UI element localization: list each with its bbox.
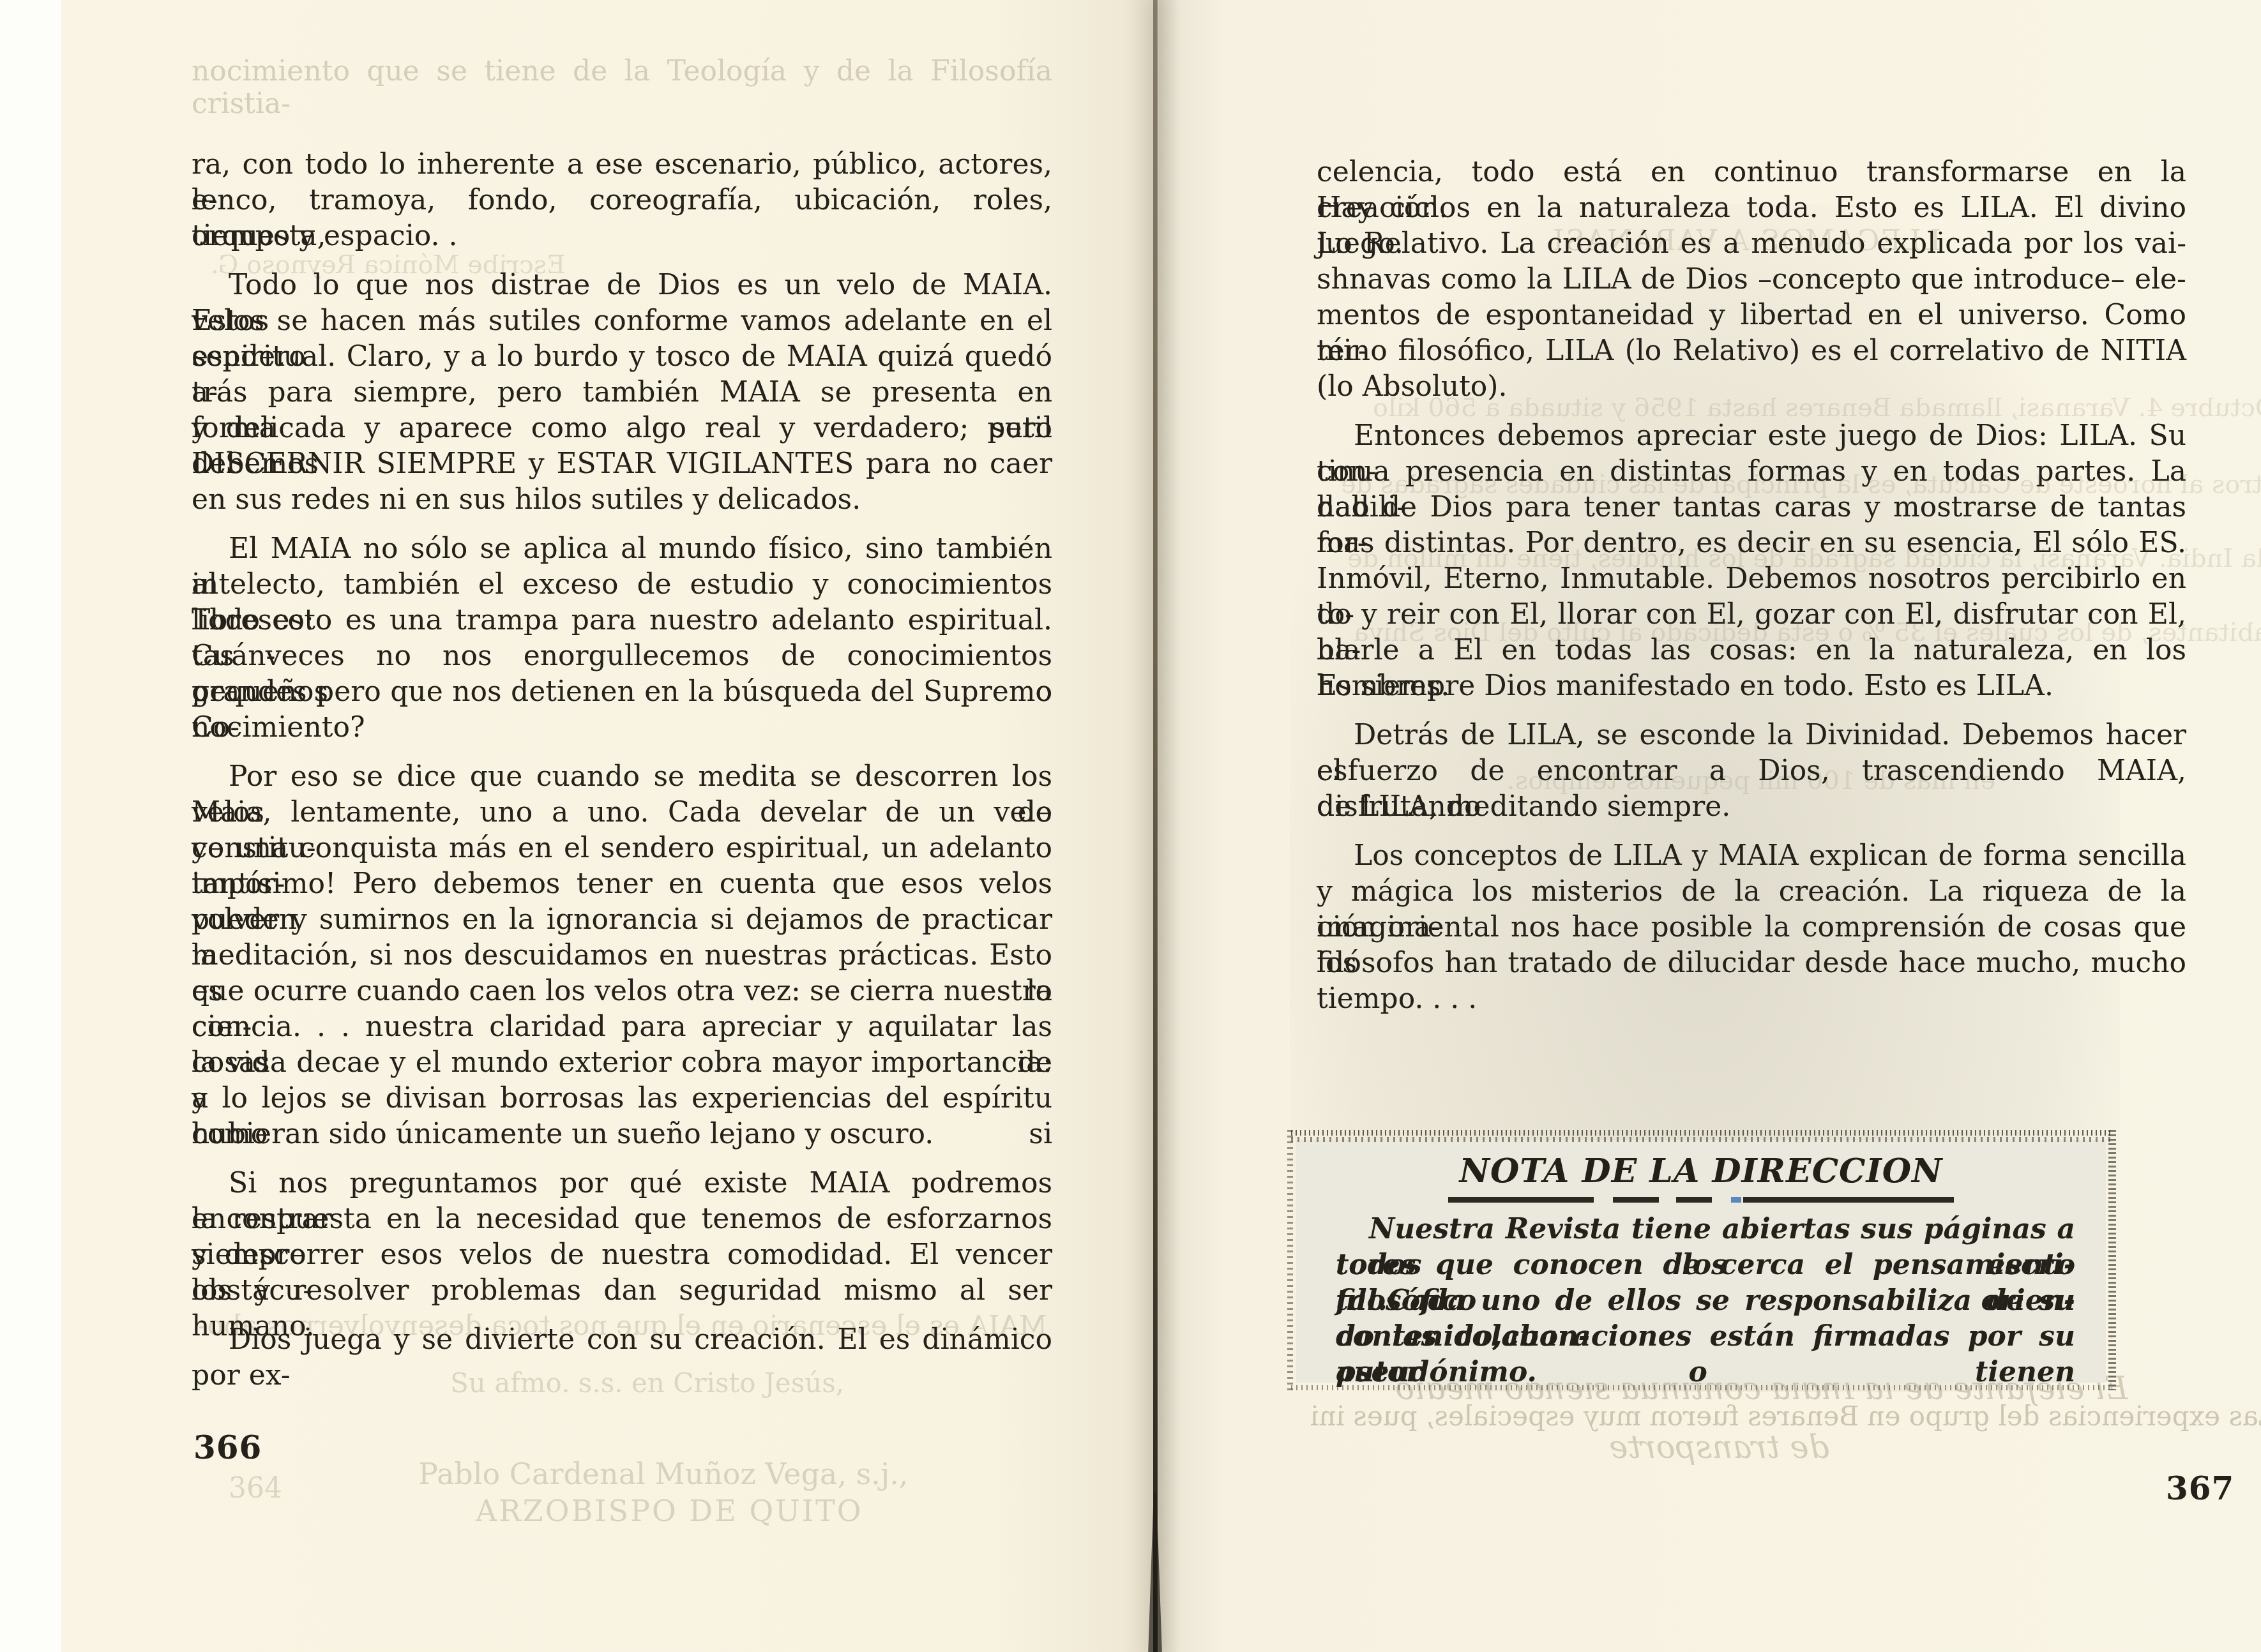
page-number-left: 366: [193, 1429, 262, 1466]
text-line: y delicada y aparece como algo real y ve…: [192, 410, 1052, 446]
text-line: Dios juega y se divierte con su creación…: [192, 1322, 1052, 1358]
text-line: de LILA, meditando siempre.: [1317, 789, 2186, 825]
ghost-text: nocimiento que se tiene de la Teología y…: [192, 55, 1052, 120]
paragraph: Si nos preguntamos por qué existe MAIA p…: [192, 1166, 1052, 1309]
text-line: lenco, tramoya, fondo, coreografía, ubic…: [192, 183, 1052, 218]
text-line: Todo lo que nos distrae de Dios es un ve…: [192, 267, 1052, 303]
text-line: tiempo y espacio. .: [192, 218, 1052, 254]
page-number-right: 367: [2166, 1469, 2234, 1507]
note-text-line: Nuestra Revista tiene abiertas sus págin…: [1336, 1212, 2075, 1247]
text-line: Entonces debemos apreciar este juego de …: [1317, 418, 2186, 454]
text-line: blarle a El en todas las cosas: en la na…: [1317, 633, 2186, 668]
text-line: y descorrer esos velos de nuestra comodi…: [192, 1237, 1052, 1273]
text-line: Inmóvil, Eterno, Inmutable. Debemos noso…: [1317, 561, 2186, 597]
text-line: tas veces no nos enorgullecemos de conoc…: [192, 638, 1052, 674]
note-text-line: tores que conocen de cerca el pensamient…: [1336, 1247, 2075, 1283]
box-border-bottom-icon: [1291, 1385, 2112, 1390]
editorial-note-body: Nuestra Revista tiene abiertas sus págin…: [1336, 1212, 2075, 1390]
text-line: volver y sumirnos en la ignorancia si de…: [192, 902, 1052, 938]
text-line: (lo Absoluto).: [1317, 369, 2186, 405]
text-line: celencia, todo está en continuo transfor…: [1317, 154, 2186, 190]
text-line: trás para siempre, pero también MAIA se …: [192, 375, 1052, 410]
ghost-text: 364: [229, 1472, 282, 1505]
text-line: espiritual. Claro, y a lo burdo y tosco …: [192, 339, 1052, 375]
ghost-text: ARZOBISPO DE QUITO: [476, 1494, 863, 1528]
ghost-text: Su afmo. s.s. en Cristo Jesús,: [450, 1367, 844, 1399]
text-line: mas distintas. Por dentro, es decir en s…: [1317, 525, 2186, 561]
book-scan: nocimiento que se tiene de la Teología y…: [0, 0, 2261, 1652]
text-line: la vida decae y el mundo exterior cobra …: [192, 1045, 1052, 1081]
text-line: Los conceptos de LILA y MAIA explican de…: [1317, 838, 2186, 874]
underline-segment: [1448, 1197, 1594, 1203]
text-line: los y resolver problemas dan seguridad m…: [192, 1273, 1052, 1309]
text-line: que ocurre cuando caen los velos otra ve…: [192, 973, 1052, 1009]
text-line: ción oriental nos hace posible la compre…: [1317, 910, 2186, 945]
text-line: mino filosófico, LILA (lo Relativo) es e…: [1317, 333, 2186, 369]
text-line: Detrás de LILA, se esconde la Divinidad.…: [1317, 717, 2186, 753]
note-text-line: tal.Cada uno de ellos se responsabiliza …: [1336, 1283, 2075, 1319]
text-line: Por eso se dice que cuando se medita se …: [192, 759, 1052, 795]
paragraph: Todo lo que nos distrae de Dios es un ve…: [192, 267, 1052, 518]
text-line: mentos de espontaneidad y libertad en el…: [1317, 297, 2186, 333]
text-line: y mágica los misterios de la creación. L…: [1317, 874, 2186, 910]
editorial-note-title: NOTA DE LA DIRECCION: [1296, 1152, 2106, 1190]
paragraph: Los conceptos de LILA y MAIA explican de…: [1317, 838, 2186, 1017]
text-line: hubieran sido únicamente un sueño lejano…: [192, 1116, 1052, 1152]
underline-segment: [1743, 1197, 1954, 1203]
note-text-line: do las colaboraciones están firmadas por…: [1336, 1319, 2075, 1355]
box-border-top2-icon: [1291, 1137, 2112, 1142]
text-line: tinua presencia en distintas formas y en…: [1317, 454, 2186, 490]
box-border-left-icon: [1287, 1130, 1293, 1390]
text-line: intelecto, también el exceso de estudio …: [192, 567, 1052, 603]
ghost-text: de transporte: [1609, 1429, 1829, 1466]
left-page-text-column: ra, con todo lo inherente a ese escenari…: [192, 147, 1052, 1358]
paragraph: Dios juega y se divierte con su creación…: [192, 1322, 1052, 1358]
title-underline: [1296, 1196, 2106, 1203]
text-line: nocimiento?: [192, 710, 1052, 746]
text-line: esfuerzo de encontrar a Dios, trascendie…: [1317, 753, 2186, 789]
box-border-right-icon: [2108, 1130, 2116, 1390]
ghost-text: Las experiencias del grupo en Benares fu…: [1310, 1400, 2261, 1432]
text-line: shnavas como la LILA de Dios –concepto q…: [1317, 262, 2186, 297]
text-line: filósofos han tratado de dilucidar desde…: [1317, 945, 2186, 981]
text-line: ra, con todo lo inherente a ese escenari…: [192, 147, 1052, 183]
paragraph: Por eso se dice que cuando se medita se …: [192, 759, 1052, 1152]
underline-segment: [1676, 1197, 1712, 1203]
text-line: tiempo. . . .: [1317, 981, 2186, 1017]
right-page-text-column: celencia, todo está en continuo transfor…: [1317, 154, 2186, 1017]
underline-segment: [1613, 1197, 1659, 1203]
ghost-text: Pablo Cardenal Muñoz Vega, s.j.,: [418, 1457, 908, 1491]
paragraph: Detrás de LILA, se esconde la Divinidad.…: [1317, 717, 2186, 825]
text-line: do y reir con El, llorar con El, gozar c…: [1317, 597, 2186, 633]
text-line: ye una conquista más en el sendero espir…: [192, 830, 1052, 866]
text-line: Es siempre Dios manifestado en todo. Est…: [1317, 668, 2186, 704]
paragraph: celencia, todo está en continuo transfor…: [1317, 154, 2186, 405]
text-line: ciencia. . . nuestra claridad para aprec…: [192, 1009, 1052, 1045]
text-line: El MAIA no sólo se aplica al mundo físic…: [192, 531, 1052, 567]
editorial-note-box: NOTA DE LA DIRECCION Nuestra Revista tie…: [1296, 1140, 2106, 1383]
scanner-edge-left: [0, 0, 61, 1652]
text-line: velos se hacen más sutiles conforme vamo…: [192, 303, 1052, 339]
box-border-top-icon: [1291, 1130, 2112, 1136]
text-line: dad de Dios para tener tantas caras y mo…: [1317, 490, 2186, 525]
text-line: Lo Relativo. La creación es a menudo exp…: [1317, 226, 2186, 262]
underline-blue-speck: [1731, 1197, 1741, 1203]
text-line: DISCERNIR SIEMPRE y ESTAR VIGILANTES par…: [192, 446, 1052, 482]
text-line: en sus redes ni en sus hilos sutiles y d…: [192, 482, 1052, 518]
text-line: Maia, lentamente, uno a uno. Cada devela…: [192, 795, 1052, 830]
text-line: Todo esto es una trampa para nuestro ade…: [192, 603, 1052, 638]
book-gutter: [1153, 0, 1158, 1652]
text-line: la respuesta en la necesidad que tenemos…: [192, 1201, 1052, 1237]
text-line: Si nos preguntamos por qué existe MAIA p…: [192, 1166, 1052, 1201]
text-line: tantísimo! Pero debemos tener en cuenta …: [192, 866, 1052, 902]
text-line: meditación, si nos descuidamos en nuestr…: [192, 938, 1052, 973]
text-line: Hay ciclos en la naturaleza toda. Esto e…: [1317, 190, 2186, 226]
text-line: grandes pero que nos detienen en la búsq…: [192, 674, 1052, 710]
paragraph: El MAIA no sólo se aplica al mundo físic…: [192, 531, 1052, 746]
paragraph: Entonces debemos apreciar este juego de …: [1317, 418, 2186, 704]
paragraph: ra, con todo lo inherente a ese escenari…: [192, 147, 1052, 254]
text-line: a lo lejos se divisan borrosas las exper…: [192, 1081, 1052, 1116]
